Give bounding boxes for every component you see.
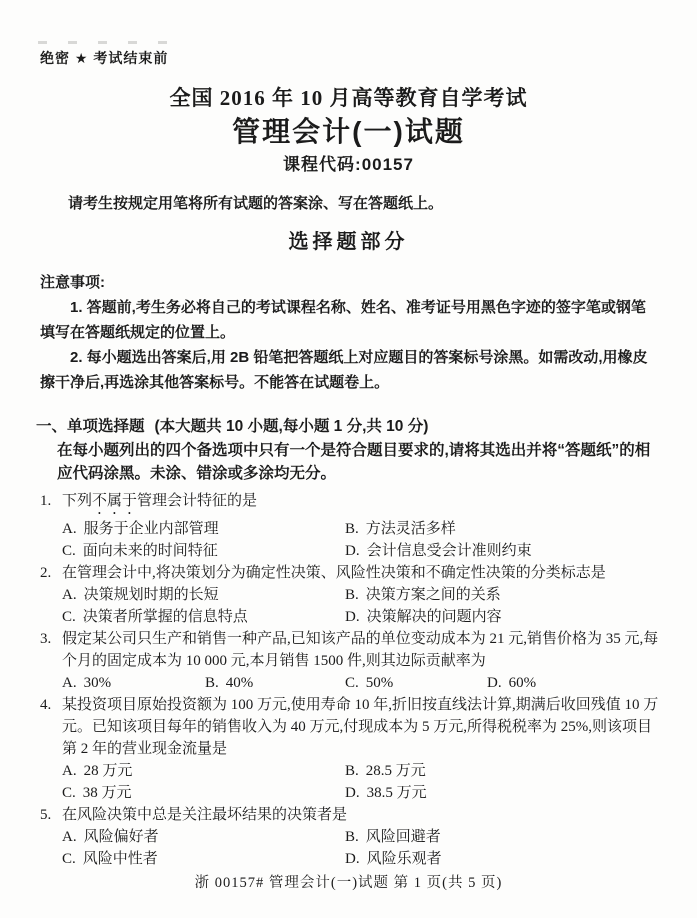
option-text: 38 万元	[83, 785, 132, 801]
option-label: B.	[345, 763, 359, 779]
option-label: B.	[205, 675, 219, 691]
option-label: D.	[487, 675, 502, 691]
scan-artifact	[38, 41, 188, 44]
answer-instruction: 请考生按规定用笔将所有试题的答案涂、写在答题纸上。	[68, 194, 657, 214]
question-2-option-b: B.决策方案之间的关系	[345, 584, 663, 606]
question-3-stem-text: 假定某公司只生产和销售一种产品,已知该产品的单位变动成本为 21 元,销售价格为…	[62, 631, 658, 669]
question-2-option-d: D.决策解决的问题内容	[345, 606, 663, 628]
option-label: D.	[345, 785, 360, 801]
question-3-option-c: C.50%	[345, 672, 487, 694]
page-footer: 浙 00157# 管理会计(一)试题 第 1 页(共 5 页)	[0, 871, 697, 892]
option-text: 28.5 万元	[366, 763, 426, 779]
part-instruction: 在每小题列出的四个备选项中只有一个是符合题目要求的,请将其选出并将“答题纸”的相…	[57, 439, 661, 485]
question-3-option-a: A.30%	[62, 672, 205, 694]
question-1-option-b: B.方法灵活多样	[345, 518, 663, 540]
option-text: 决策解决的问题内容	[367, 609, 502, 625]
question-2-number: 2.	[40, 562, 51, 584]
question-5-option-c: C.风险中性者	[62, 848, 345, 870]
question-4-stem-text: 某投资项目原始投资额为 100 万元,使用寿命 10 年,折旧按直线法计算,期满…	[62, 697, 658, 757]
question-1-stem: 1.下列不属于管理会计特征的是	[40, 490, 663, 518]
option-label: A.	[62, 675, 77, 691]
question-1-stem-emphasis: 不属于	[92, 493, 137, 509]
note-item-2: 2. 每小题选出答案后,用 2B 铅笔把答题纸上对应题目的答案标号涂黑。如需改动…	[40, 345, 659, 395]
question-2-option-a: A.决策规划时期的长短	[62, 584, 345, 606]
option-label: B.	[345, 521, 359, 537]
option-label: D.	[345, 609, 360, 625]
question-3-option-b: B.40%	[205, 672, 345, 694]
part-heading-detail: (本大题共 10 小题,每小题 1 分,共 10 分)	[155, 418, 429, 435]
subject-title: 管理会计(一)试题	[0, 110, 697, 150]
notes-block: 注意事项: 1. 答题前,考生务必将自己的考试课程名称、姓名、准考证号用黑色字迹…	[40, 270, 659, 395]
question-list: 1.下列不属于管理会计特征的是 A.服务于企业内部管理 B.方法灵活多样 C.面…	[40, 490, 663, 870]
question-4-option-c: C.38 万元	[62, 782, 345, 804]
question-2-options: A.决策规划时期的长短 B.决策方案之间的关系 C.决策者所掌握的信息特点 D.…	[40, 584, 663, 628]
course-code: 课程代码:00157	[0, 150, 697, 175]
question-4-option-b: B.28.5 万元	[345, 760, 663, 782]
option-text: 60%	[509, 675, 537, 691]
question-2: 2.在管理会计中,将决策划分为确定性决策、风险性决策和不确定性决策的分类标志是 …	[40, 562, 663, 628]
question-1-stem-prefix: 下列	[62, 493, 92, 509]
option-text: 风险偏好者	[84, 829, 159, 845]
classification-label: 绝密 ★ 考试结束前	[40, 48, 168, 68]
option-label: A.	[62, 587, 77, 603]
option-label: C.	[62, 851, 76, 867]
option-label: A.	[62, 521, 77, 537]
section-title: 选择题部分	[0, 225, 697, 254]
question-4: 4.某投资项目原始投资额为 100 万元,使用寿命 10 年,折旧按直线法计算,…	[40, 694, 663, 804]
question-5-number: 5.	[40, 804, 51, 826]
option-label: C.	[62, 609, 76, 625]
question-4-stem: 4.某投资项目原始投资额为 100 万元,使用寿命 10 年,折旧按直线法计算,…	[40, 694, 663, 760]
question-4-option-d: D.38.5 万元	[345, 782, 663, 804]
option-text: 会计信息受会计准则约束	[367, 543, 532, 559]
option-text: 40%	[226, 675, 254, 691]
question-3-options: A.30% B.40% C.50% D.60%	[40, 672, 663, 694]
option-label: C.	[345, 675, 359, 691]
question-3-option-d: D.60%	[487, 672, 663, 694]
question-4-number: 4.	[40, 694, 51, 716]
option-text: 风险中性者	[83, 851, 158, 867]
option-text: 方法灵活多样	[366, 521, 456, 537]
part-heading: 一、单项选择题(本大题共 10 小题,每小题 1 分,共 10 分)	[36, 416, 659, 437]
option-text: 风险回避者	[366, 829, 441, 845]
option-text: 38.5 万元	[367, 785, 427, 801]
notes-title: 注意事项:	[40, 270, 659, 295]
option-text: 风险乐观者	[367, 851, 442, 867]
question-5-option-d: D.风险乐观者	[345, 848, 663, 870]
question-5-option-a: A.风险偏好者	[62, 826, 345, 848]
question-3-stem: 3.假定某公司只生产和销售一种产品,已知该产品的单位变动成本为 21 元,销售价…	[40, 628, 663, 672]
option-label: C.	[62, 543, 76, 559]
option-text: 面向未来的时间特征	[83, 543, 218, 559]
note-item-1: 1. 答题前,考生务必将自己的考试课程名称、姓名、准考证号用黑色字迹的签字笔或钢…	[40, 295, 659, 345]
option-label: D.	[345, 543, 360, 559]
question-5: 5.在风险决策中总是关注最坏结果的决策者是 A.风险偏好者 B.风险回避者 C.…	[40, 804, 663, 870]
question-1-option-a: A.服务于企业内部管理	[62, 518, 345, 540]
question-4-option-a: A.28 万元	[62, 760, 345, 782]
question-4-options: A.28 万元 B.28.5 万元 C.38 万元 D.38.5 万元	[40, 760, 663, 804]
exam-paper-page: 绝密 ★ 考试结束前 全国 2016 年 10 月高等教育自学考试 管理会计(一…	[0, 0, 697, 918]
option-text: 50%	[366, 675, 394, 691]
option-label: B.	[345, 829, 359, 845]
question-1-option-d: D.会计信息受会计准则约束	[345, 540, 663, 562]
question-2-stem: 2.在管理会计中,将决策划分为确定性决策、风险性决策和不确定性决策的分类标志是	[40, 562, 663, 584]
question-2-option-c: C.决策者所掌握的信息特点	[62, 606, 345, 628]
exam-title: 全国 2016 年 10 月高等教育自学考试	[0, 82, 697, 112]
question-2-stem-text: 在管理会计中,将决策划分为确定性决策、风险性决策和不确定性决策的分类标志是	[62, 565, 606, 581]
option-text: 30%	[84, 675, 112, 691]
option-text: 服务于企业内部管理	[84, 521, 219, 537]
option-label: D.	[345, 851, 360, 867]
question-1-option-c: C.面向未来的时间特征	[62, 540, 345, 562]
part-heading-title: 一、单项选择题	[36, 418, 145, 435]
question-5-option-b: B.风险回避者	[345, 826, 663, 848]
option-text: 决策规划时期的长短	[84, 587, 219, 603]
question-5-stem: 5.在风险决策中总是关注最坏结果的决策者是	[40, 804, 663, 826]
option-text: 28 万元	[84, 763, 133, 779]
question-5-options: A.风险偏好者 B.风险回避者 C.风险中性者 D.风险乐观者	[40, 826, 663, 870]
question-3: 3.假定某公司只生产和销售一种产品,已知该产品的单位变动成本为 21 元,销售价…	[40, 628, 663, 694]
option-label: C.	[62, 785, 76, 801]
option-text: 决策方案之间的关系	[366, 587, 501, 603]
option-label: A.	[62, 829, 77, 845]
option-text: 决策者所掌握的信息特点	[83, 609, 248, 625]
question-3-number: 3.	[40, 628, 51, 650]
option-label: A.	[62, 763, 77, 779]
option-label: B.	[345, 587, 359, 603]
question-1-number: 1.	[40, 490, 51, 512]
question-1-options: A.服务于企业内部管理 B.方法灵活多样 C.面向未来的时间特征 D.会计信息受…	[40, 518, 663, 562]
question-1: 1.下列不属于管理会计特征的是 A.服务于企业内部管理 B.方法灵活多样 C.面…	[40, 490, 663, 562]
question-1-stem-suffix: 管理会计特征的是	[137, 493, 257, 509]
question-5-stem-text: 在风险决策中总是关注最坏结果的决策者是	[62, 807, 347, 823]
